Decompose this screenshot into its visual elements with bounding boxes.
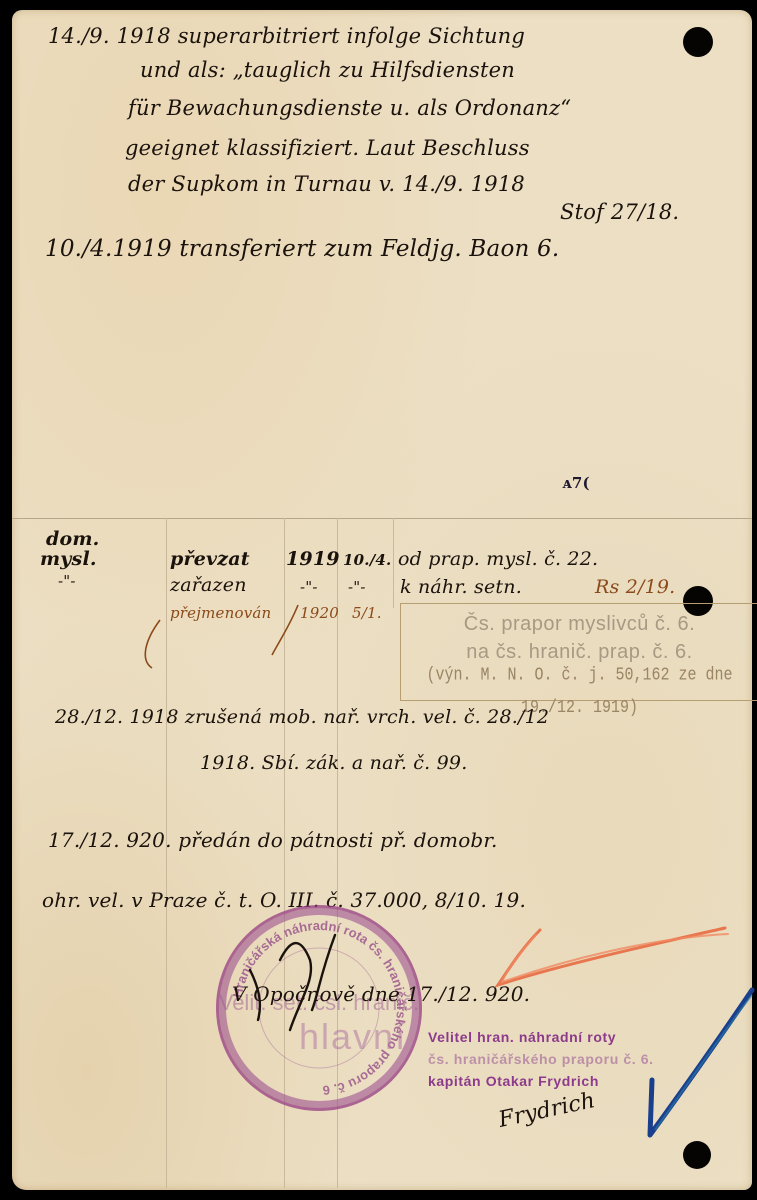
blue-check-icon: [650, 990, 752, 1135]
orange-check-icon: [498, 928, 728, 985]
initials-mark: [250, 935, 335, 1030]
check-marks: [0, 0, 757, 1200]
orange-bracket-mark: [145, 605, 298, 668]
